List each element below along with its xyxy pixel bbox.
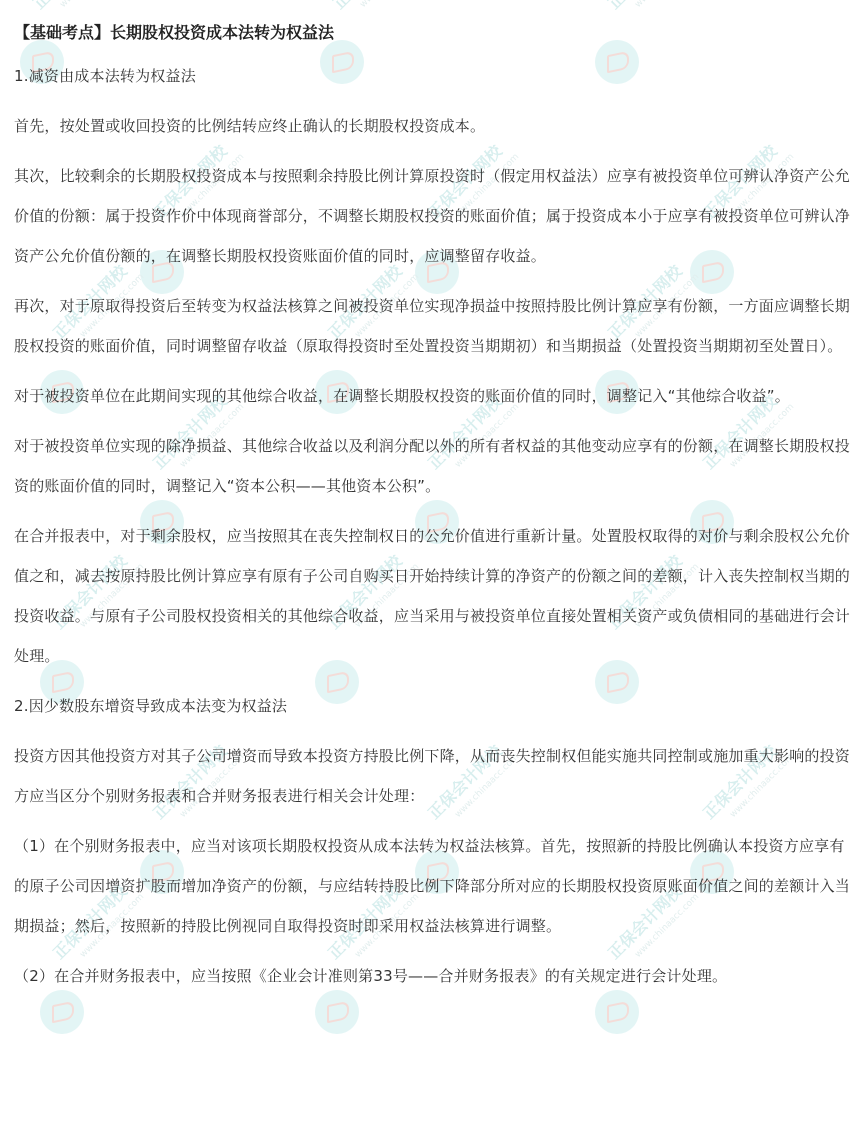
paragraph: 其次，比较剩余的长期股权投资成本与按照剩余持股比例计算原投资时（假定用权益法）应…	[14, 156, 851, 276]
paragraph: 对于被投资单位在此期间实现的其他综合收益，在调整长期股权投资的账面价值的同时，调…	[14, 376, 851, 416]
article-body: 【基础考点】长期股权投资成本法转为权益法 1.减资由成本法转为权益法 首先，按处…	[0, 0, 865, 996]
paragraph: （2）在合并财务报表中，应当按照《企业会计准则第33号——合并财务报表》的有关规…	[14, 956, 851, 996]
chinaacc-logo-icon	[40, 990, 84, 1034]
section-heading-1: 1.减资由成本法转为权益法	[14, 56, 851, 96]
paragraph: 在合并报表中，对于剩余股权，应当按照其在丧失控制权日的公允价值进行重新计量。处置…	[14, 516, 851, 676]
chinaacc-logo-icon	[315, 990, 359, 1034]
paragraph: 首先，按处置或收回投资的比例结转应终止确认的长期股权投资成本。	[14, 106, 851, 146]
chinaacc-logo-icon	[595, 990, 639, 1034]
article-title: 【基础考点】长期股权投资成本法转为权益法	[14, 20, 851, 46]
section-heading-2: 2.因少数股东增资导致成本法变为权益法	[14, 686, 851, 726]
paragraph: （1）在个别财务报表中，应当对该项长期股权投资从成本法转为权益法核算。首先，按照…	[14, 826, 851, 946]
paragraph: 对于被投资单位实现的除净损益、其他综合收益以及利润分配以外的所有者权益的其他变动…	[14, 426, 851, 506]
paragraph: 再次，对于原取得投资后至转变为权益法核算之间被投资单位实现净损益中按照持股比例计…	[14, 286, 851, 366]
paragraph: 投资方因其他投资方对其子公司增资而导致本投资方持股比例下降，从而丧失控制权但能实…	[14, 736, 851, 816]
